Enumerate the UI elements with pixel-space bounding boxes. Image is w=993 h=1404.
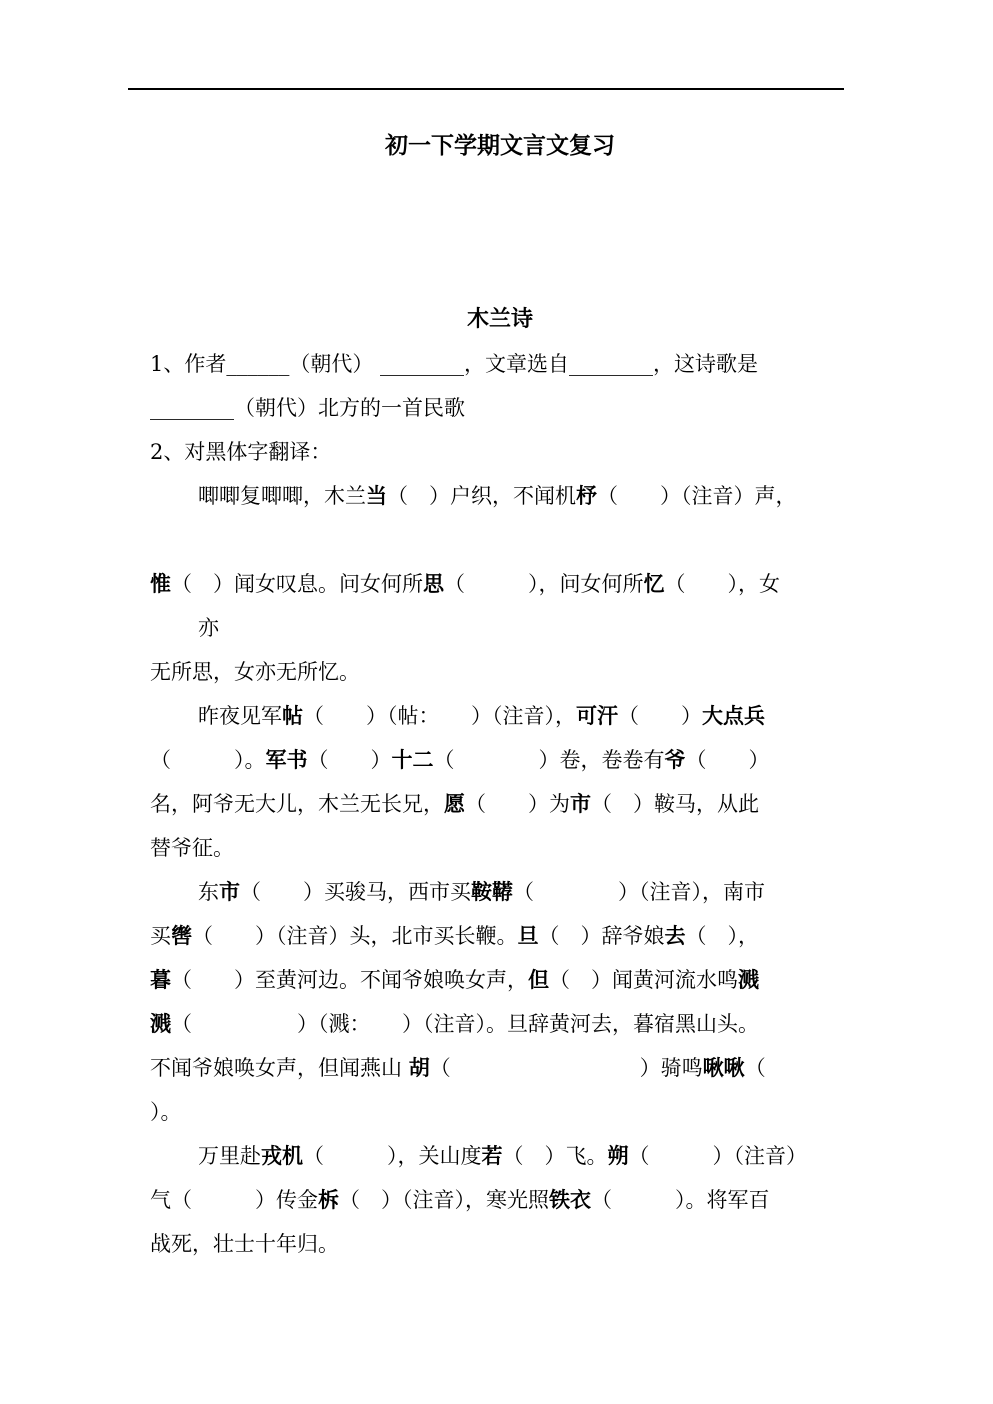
document-title: 初一下学期文言文复习 bbox=[150, 0, 850, 162]
text-run: （ ）飞。 bbox=[503, 1144, 608, 1168]
content-lines: 1、作者______（朝代） ________，文章选自________，这诗歌… bbox=[150, 342, 850, 1266]
text-run: 不闻爷娘唤女声，但闻燕山 bbox=[150, 1056, 409, 1080]
text-line: 1、作者______（朝代） ________，文章选自________，这诗歌… bbox=[150, 342, 850, 386]
text-run: 无所思，女亦无所忆。 bbox=[150, 660, 360, 684]
bold-term: 溅 bbox=[738, 967, 759, 992]
text-run: （ ）为 bbox=[465, 792, 570, 816]
text-run: （ ）， bbox=[686, 924, 760, 948]
text-run: 2、对黑体字翻译： bbox=[150, 440, 331, 464]
bold-term: 杼 bbox=[576, 483, 597, 508]
text-run: （ ）户织，不闻机 bbox=[387, 484, 576, 508]
bold-term: 柝 bbox=[318, 1187, 339, 1212]
bold-term: 啾啾 bbox=[703, 1055, 745, 1080]
text-line: 替爷征。 bbox=[150, 826, 850, 870]
bold-term: 惟 bbox=[150, 571, 171, 596]
text-run: （ ） bbox=[686, 748, 770, 772]
bold-term: 铁衣 bbox=[549, 1187, 591, 1212]
text-line: 亦 bbox=[150, 606, 850, 650]
text-line: 无所思，女亦无所忆。 bbox=[150, 650, 850, 694]
text-run: （ ）买骏马，西市买 bbox=[240, 880, 471, 904]
text-run: ________（朝代）北方的一首民歌 bbox=[150, 396, 465, 420]
text-line: 气（ ）传金柝（ ）（注音），寒光照铁衣（ ）。将军百 bbox=[150, 1178, 850, 1222]
text-run: （ ）骑鸣 bbox=[430, 1056, 703, 1080]
text-line: 昨夜见军帖（ ）（帖： ）（注音），可汗（ ）大点兵 bbox=[150, 694, 850, 738]
text-run: 昨夜见军 bbox=[198, 704, 282, 728]
text-run: （ ）（溅： ）（注音）。旦辞黄河去，暮宿黑山头。 bbox=[171, 1012, 759, 1036]
text-run: （ ）鞍马，从此 bbox=[591, 792, 759, 816]
text-run: （ ）至黄河边。不闻爷娘唤女声， bbox=[171, 968, 528, 992]
text-run: （ ）闻黄河流水鸣 bbox=[549, 968, 738, 992]
text-run: （ ），女 bbox=[665, 572, 781, 596]
text-line: 不闻爷娘唤女声，但闻燕山 胡（ ）骑鸣啾啾（ bbox=[150, 1046, 850, 1090]
bold-term: 旦 bbox=[518, 923, 539, 948]
text-run: 亦 bbox=[198, 616, 219, 640]
text-line: 惟（ ）闻女叹息。问女何所思（ ），问女何所忆（ ），女 bbox=[150, 562, 850, 606]
document-page: 初一下学期文言文复习 木兰诗 1、作者______（朝代） ________，文… bbox=[0, 0, 993, 1404]
bold-term: 去 bbox=[665, 923, 686, 948]
text-line: 溅（ ）（溅： ）（注音）。旦辞黄河去，暮宿黑山头。 bbox=[150, 1002, 850, 1046]
text-run: （ ）。 bbox=[150, 748, 266, 772]
bold-term: 大点兵 bbox=[702, 703, 765, 728]
text-run: （ ）（注音）声， bbox=[597, 484, 797, 508]
text-run: （ ）。将军百 bbox=[591, 1188, 770, 1212]
text-line: 2、对黑体字翻译： bbox=[150, 430, 850, 474]
text-line: 万里赴戎机（ ），关山度若（ ）飞。朔（ ）（注音） bbox=[150, 1134, 850, 1178]
text-line: ________（朝代）北方的一首民歌 bbox=[150, 386, 850, 430]
bold-term: 鞍鞯 bbox=[471, 879, 513, 904]
bold-term: 但 bbox=[528, 967, 549, 992]
bold-term: 市 bbox=[219, 879, 240, 904]
blank-line bbox=[150, 518, 850, 562]
text-run: 唧唧复唧唧，木兰 bbox=[198, 484, 366, 508]
bold-term: 帖 bbox=[282, 703, 303, 728]
text-run: 东 bbox=[198, 880, 219, 904]
text-run: （ bbox=[745, 1056, 766, 1080]
text-run: （ ）（注音）头，北市买长鞭。 bbox=[192, 924, 518, 948]
text-line: 唧唧复唧唧，木兰当（ ）户织，不闻机杼（ ）（注音）声， bbox=[150, 474, 850, 518]
text-line: ）。 bbox=[150, 1090, 850, 1134]
text-run: 气（ ）传金 bbox=[150, 1188, 318, 1212]
text-run: （ ）闻女叹息。问女何所 bbox=[171, 572, 423, 596]
bold-term: 朔 bbox=[608, 1143, 629, 1168]
text-line: 东市（ ）买骏马，西市买鞍鞯（ ）（注音），南市 bbox=[150, 870, 850, 914]
text-run: （ ）（注音） bbox=[629, 1144, 808, 1168]
text-line: （ ）。军书（ ）十二（ ）卷，卷卷有爷（ ） bbox=[150, 738, 850, 782]
text-run: （ ）卷，卷卷有 bbox=[434, 748, 665, 772]
text-run: （ ）（注音），寒光照 bbox=[339, 1188, 549, 1212]
text-run: （ ） bbox=[308, 748, 392, 772]
bold-term: 戎机 bbox=[261, 1143, 303, 1168]
bold-term: 思 bbox=[423, 571, 444, 596]
text-run: （ ），问女何所 bbox=[444, 572, 644, 596]
bold-term: 可汗 bbox=[576, 703, 618, 728]
bold-term: 若 bbox=[482, 1143, 503, 1168]
bold-term: 军书 bbox=[266, 747, 308, 772]
bold-term: 愿 bbox=[444, 791, 465, 816]
bold-term: 十二 bbox=[392, 747, 434, 772]
text-line: 战死，壮士十年归。 bbox=[150, 1222, 850, 1266]
bold-term: 忆 bbox=[644, 571, 665, 596]
text-run: 名，阿爷无大儿，木兰无长兄， bbox=[150, 792, 444, 816]
text-run: （ ）辞爷娘 bbox=[539, 924, 665, 948]
text-line: 名，阿爷无大儿，木兰无长兄，愿（ ）为市（ ）鞍马，从此 bbox=[150, 782, 850, 826]
bold-term: 当 bbox=[366, 483, 387, 508]
text-run: 替爷征。 bbox=[150, 836, 234, 860]
text-run: （ ）（帖： ）（注音）， bbox=[303, 704, 576, 728]
document-content: 初一下学期文言文复习 木兰诗 1、作者______（朝代） ________，文… bbox=[150, 0, 850, 1266]
poem-title: 木兰诗 bbox=[150, 303, 850, 335]
bold-term: 暮 bbox=[150, 967, 171, 992]
text-run: （ ），关山度 bbox=[303, 1144, 482, 1168]
bold-term: 胡 bbox=[409, 1055, 430, 1080]
text-run: （ ）（注音），南市 bbox=[513, 880, 765, 904]
bold-term: 市 bbox=[570, 791, 591, 816]
text-run: （ ） bbox=[618, 704, 702, 728]
bold-term: 爷 bbox=[665, 747, 686, 772]
bold-term: 辔 bbox=[171, 923, 192, 948]
text-line: 买辔（ ）（注音）头，北市买长鞭。旦（ ）辞爷娘去（ ）， bbox=[150, 914, 850, 958]
text-run: 战死，壮士十年归。 bbox=[150, 1232, 339, 1256]
text-line: 暮（ ）至黄河边。不闻爷娘唤女声，但（ ）闻黄河流水鸣溅 bbox=[150, 958, 850, 1002]
text-run: 万里赴 bbox=[198, 1144, 261, 1168]
text-run: 买 bbox=[150, 924, 171, 948]
text-run: ）。 bbox=[150, 1100, 182, 1124]
bold-term: 溅 bbox=[150, 1011, 171, 1036]
text-run: 1、作者______（朝代） ________，文章选自________，这诗歌… bbox=[150, 352, 758, 376]
